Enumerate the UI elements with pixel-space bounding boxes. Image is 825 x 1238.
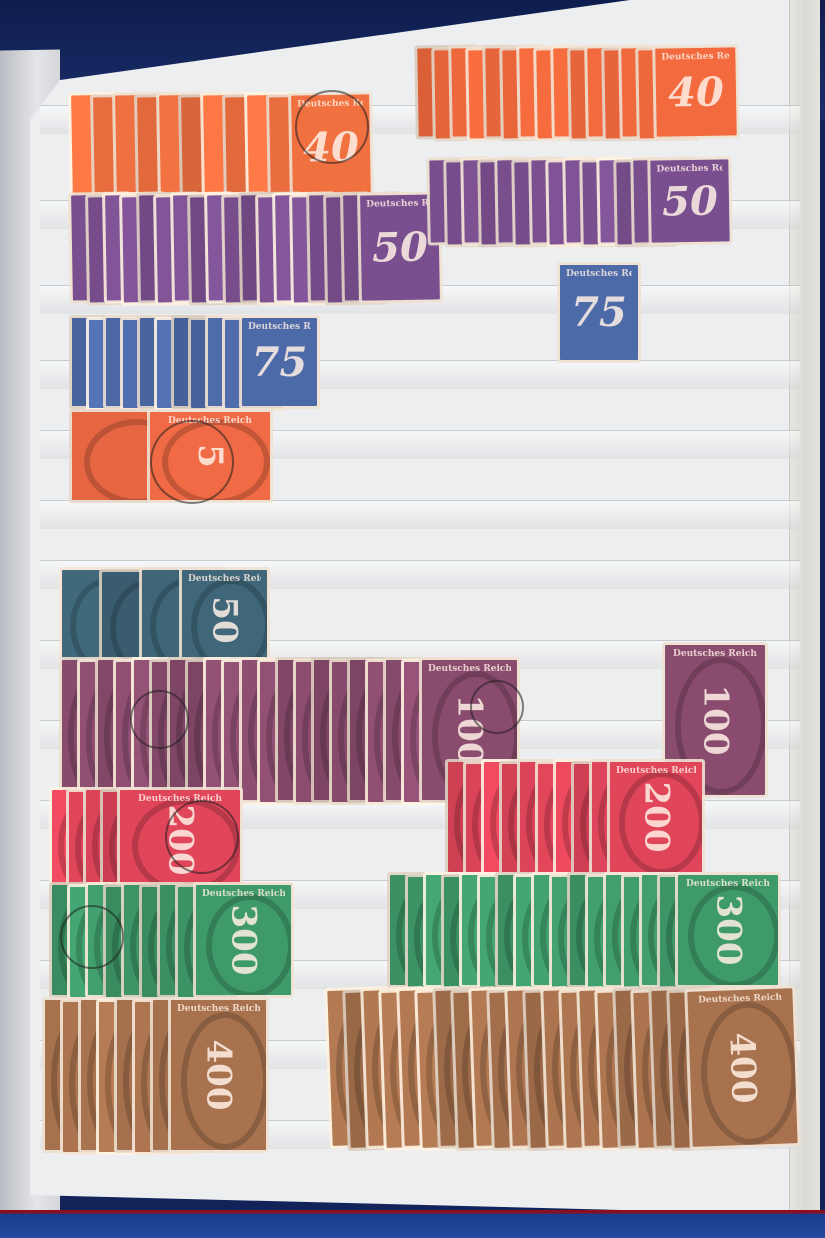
stamp-300-green: Deutsches Reich300 (196, 885, 291, 995)
stamp-value: 400 (721, 1031, 763, 1103)
stamp-value: 5 (190, 444, 230, 468)
stamp-header-text: Deutsches Reich (366, 198, 432, 209)
stamp-header-text: Deutsches Reich (188, 574, 261, 584)
stamp-400-brown: Deutsches Reich400 (687, 988, 797, 1147)
stamp-header-text: Deutsches Reich (297, 98, 363, 109)
stamp-value: 50 (204, 596, 244, 643)
stamp-header-text: Deutsches Reich (693, 992, 786, 1005)
stamp-value: 75 (252, 339, 308, 386)
stamp-5-orange: Deutsches Reich5 (150, 412, 270, 500)
stamp-header-text: Deutsches Reich (177, 1004, 260, 1014)
stamp-header-text: Deutsches Reich (661, 51, 729, 62)
stamp-value: 40 (303, 124, 359, 172)
stamp-75-blue: Deutsches Reich75 (560, 265, 638, 360)
stamp-value: 200 (160, 805, 200, 876)
stamp-header-text: Deutsches Reich (428, 664, 511, 674)
stamp-50-violet: Deutsches Reich50 (650, 159, 729, 242)
stamp-header-text: Deutsches Reich (156, 416, 264, 426)
stamp-75-blue: Deutsches Reich75 (242, 318, 317, 406)
stamp-50-violet: Deutsches Reich50 (360, 194, 440, 300)
stamp-40-orange-unused: Deutsches Reich40 (655, 47, 737, 136)
stamp-value: 300 (708, 895, 748, 966)
stamp-header-text: Deutsches Reich (656, 163, 722, 174)
stamp-value: 75 (571, 289, 627, 336)
stamp-header-text: Deutsches Reich (126, 794, 234, 804)
stamp-value: 50 (662, 177, 718, 225)
stamp-value: 50 (372, 224, 428, 272)
stamp-50-slate: Deutsches Reich50 (182, 570, 267, 670)
stamp-value: 100 (695, 685, 735, 756)
stamp-header-text: Deutsches Reich (616, 766, 696, 776)
stamp-200-carmine: Deutsches Reich200 (610, 762, 702, 872)
stamp-value: 300 (223, 905, 263, 976)
stamp-400-brown: Deutsches Reich400 (171, 1000, 266, 1150)
stamp-value: 100 (449, 695, 489, 766)
stamp-300-green: Deutsches Reich300 (678, 875, 778, 985)
stamp-header-text: Deutsches Reich (671, 649, 759, 659)
stamp-200-carmine: Deutsches Reich200 (120, 790, 240, 890)
stamp-value: 40 (668, 68, 724, 116)
stamp-header-text: Deutsches Reich (248, 322, 311, 332)
stamp-header-text: Deutsches Reich (566, 269, 632, 279)
stamp-header-text: Deutsches Reich (684, 879, 772, 889)
album-cover-bottom (0, 1210, 825, 1238)
stamp-value: 400 (198, 1040, 238, 1111)
stamp-value: 200 (636, 782, 676, 853)
stamp-header-text: Deutsches Reich (202, 889, 285, 899)
stockbook-strip (40, 500, 800, 529)
stamp-40-orange-used: Deutsches Reich40 (291, 94, 371, 200)
